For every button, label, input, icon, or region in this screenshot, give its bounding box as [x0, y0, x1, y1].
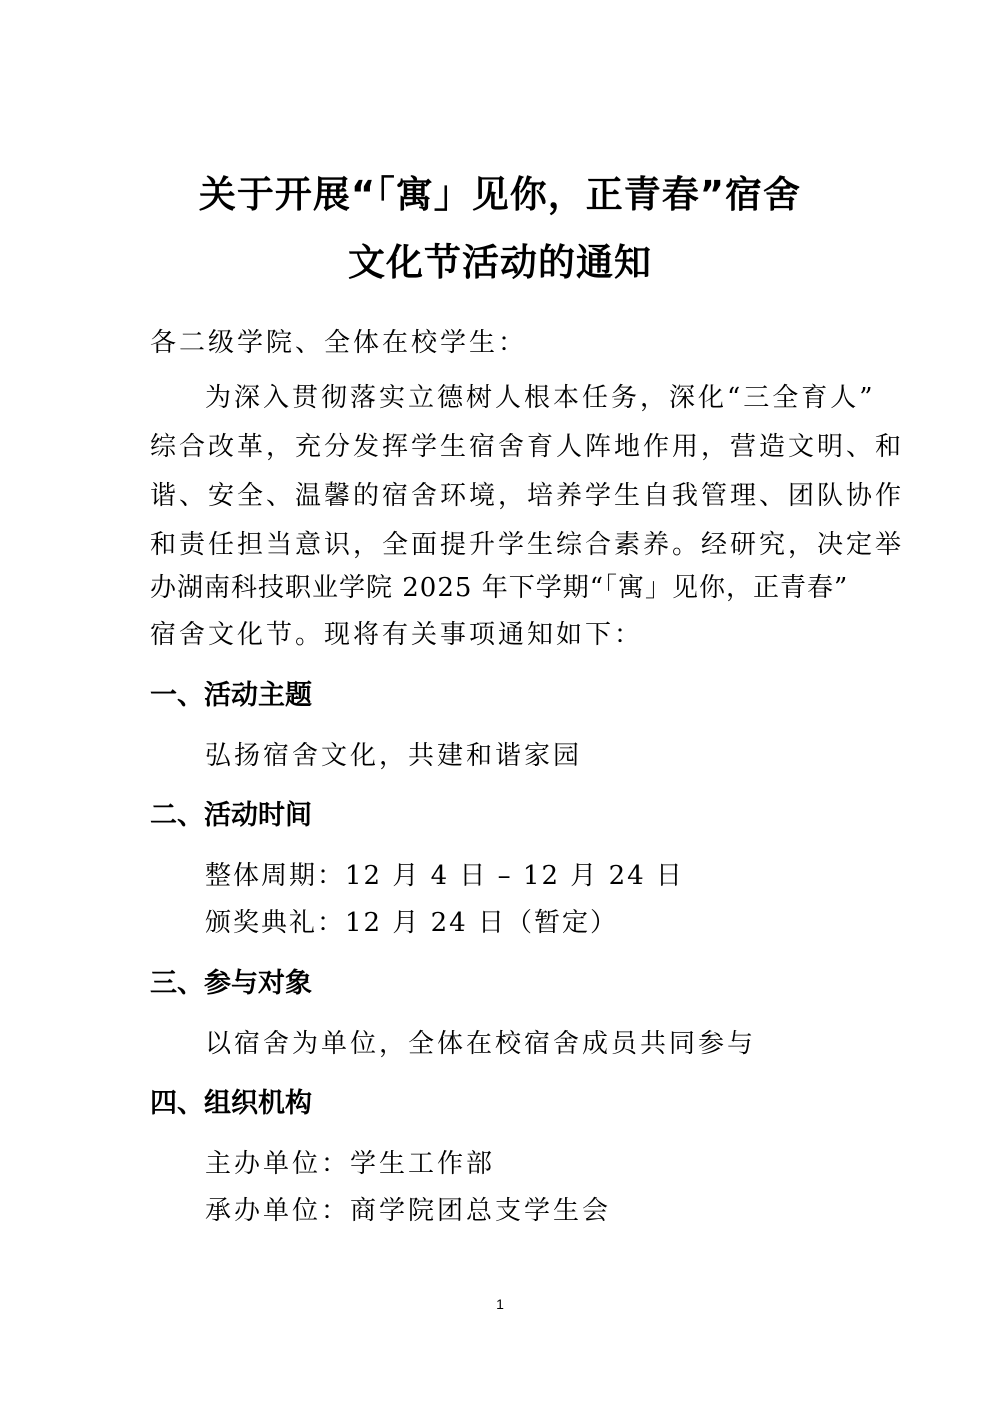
section-heading-participants: 三、参与对象 [150, 970, 312, 997]
intro-line: 和责任担当意识，全面提升学生综合素养。经研究，决定举 [150, 532, 904, 558]
section-heading-organization: 四、组织机构 [150, 1090, 312, 1117]
section-line: 承办单位：商学院团总支学生会 [205, 1198, 611, 1224]
section-line: 以宿舍为单位，全体在校宿舍成员共同参与 [205, 1031, 756, 1057]
section-line: 颁奖典礼：12 月 24 日（暂定） [205, 910, 618, 936]
document-title-line-1: 关于开展“「寓」见你，正青春”宿舍 [0, 176, 1000, 213]
intro-line: 谐、安全、温馨的宿舍环境，培养学生自我管理、团队协作 [150, 483, 904, 509]
section-heading-theme: 一、活动主题 [150, 682, 312, 709]
salutation: 各二级学院、全体在校学生： [150, 330, 527, 356]
section-heading-time: 二、活动时间 [150, 802, 312, 829]
document-title-line-2: 文化节活动的通知 [0, 244, 1000, 281]
section-line: 弘扬宿舍文化，共建和谐家园 [205, 743, 582, 769]
intro-line: 宿舍文化节。现将有关事项通知如下： [150, 622, 643, 648]
intro-line: 办湖南科技职业学院 2025 年下学期“「寓」见你，正青春” [150, 575, 848, 601]
document-page: 关于开展“「寓」见你，正青春”宿舍 文化节活动的通知 各二级学院、全体在校学生：… [0, 0, 1000, 1415]
page-number: 1 [0, 1296, 1000, 1312]
intro-line: 综合改革，充分发挥学生宿舍育人阵地作用，营造文明、和 [150, 434, 904, 460]
intro-line: 为深入贯彻落实立德树人根本任务，深化“三全育人” [205, 385, 876, 411]
section-line: 主办单位：学生工作部 [205, 1151, 495, 1177]
section-line: 整体周期：12 月 4 日 – 12 月 24 日 [205, 863, 684, 889]
